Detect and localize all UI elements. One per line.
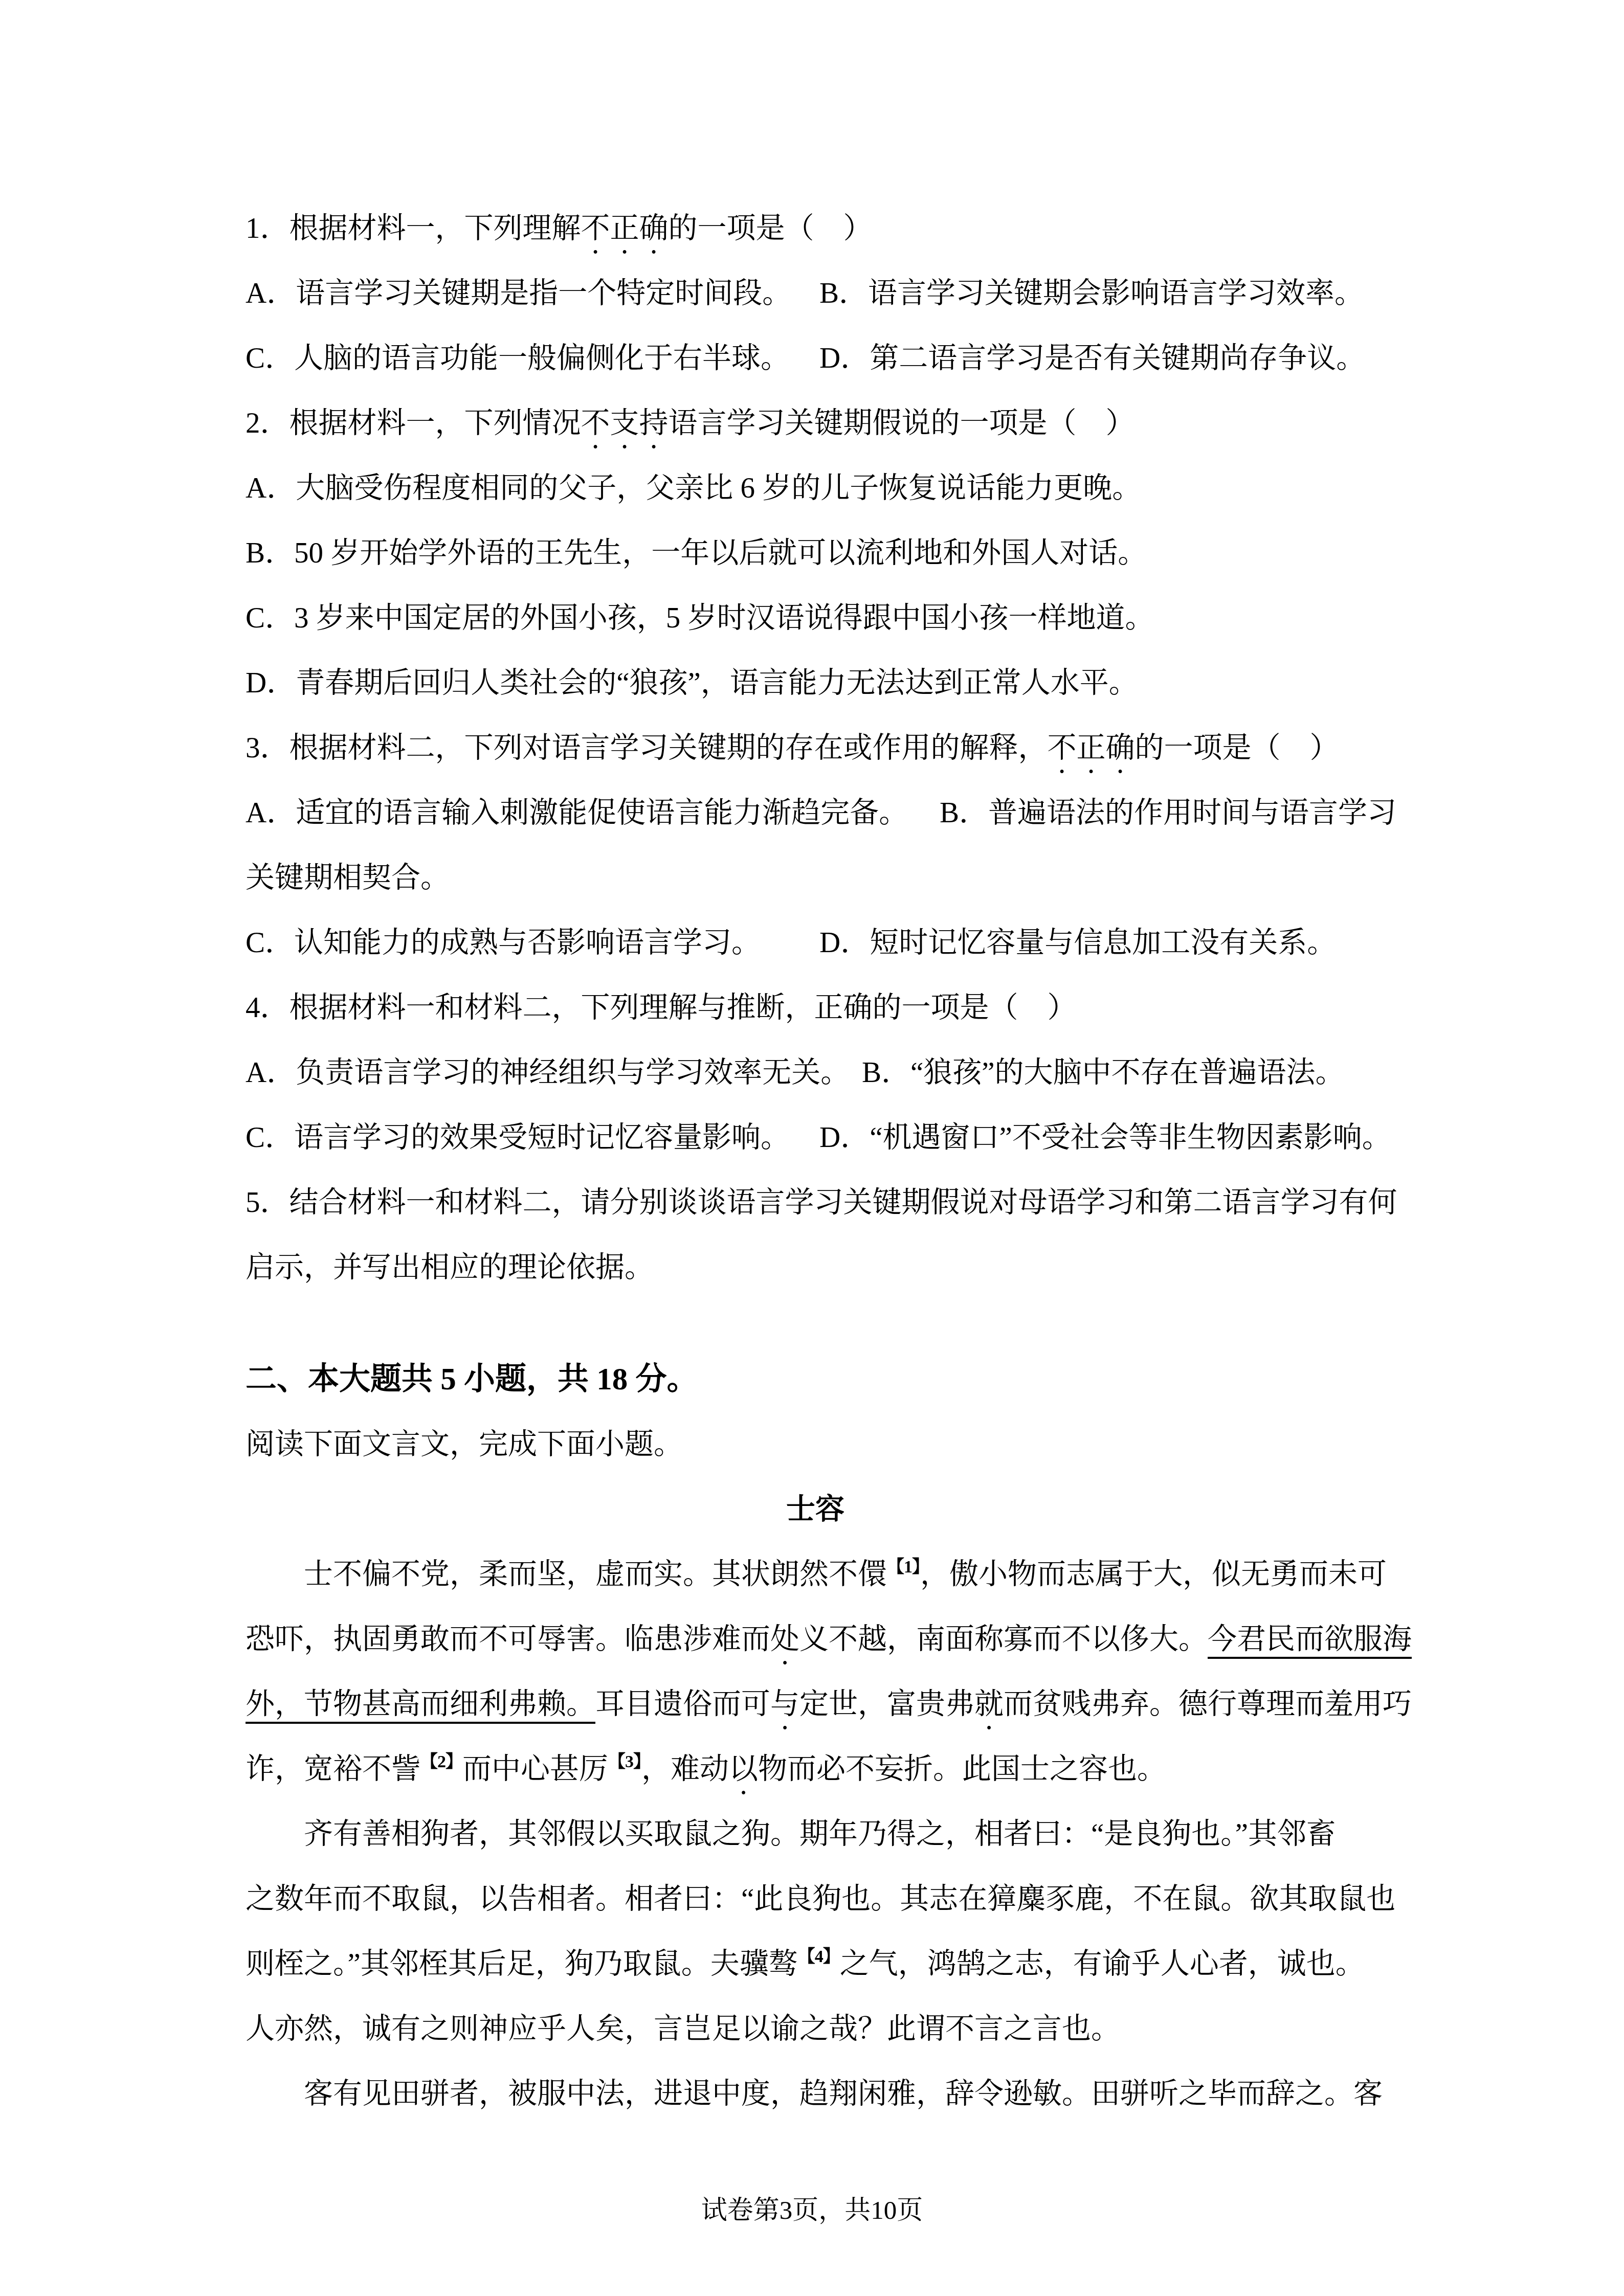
question-5-stem-line-1: 5．结合材料一和材料二，请分别谈谈语言学习关键期假说对母语学习和第二语言学习有何 xyxy=(246,1170,1385,1235)
text-segment: 的一项是（ ） xyxy=(669,212,873,244)
question-3-options-cd-left: C．认知能力的成熟与否影响语言学习。 xyxy=(246,910,819,975)
text-segment: 二、本大题共 5 小题，共 18 分。 xyxy=(246,1362,698,1397)
emphasis-dotted-text: 不正确 xyxy=(1048,732,1135,764)
text-segment: 4．根据材料一和材料二，下列理解与推断，正确的一项是（ ） xyxy=(246,992,1077,1024)
text-segment: C．语言学习的效果受短时记忆容量影响。 xyxy=(246,1121,790,1154)
passage-p2-line-4: 人亦然，诚有之则神应乎人矣，言岂足以谕之哉？此谓不言之言也。 xyxy=(246,1996,1385,2061)
question-2-stem: 2．根据材料一，下列情况不支持语言学习关键期假说的一项是（ ） xyxy=(246,391,1385,456)
question-4-options-cd-left: C．语言学习的效果受短时记忆容量影响。 xyxy=(246,1105,819,1170)
question-1-options-ab-left: A．语言学习关键期是指一个特定时间段。 xyxy=(246,261,819,326)
text-segment: B．“狼孩”的大脑中不存在普遍语法。 xyxy=(862,1056,1345,1089)
text-segment: 的一项是（ ） xyxy=(1135,732,1339,764)
page-body-text: 1．根据材料一，下列理解不正确的一项是（ ）A．语言学习关键期是指一个特定时间段… xyxy=(246,196,1385,2126)
passage-title: 士容 xyxy=(246,1477,1385,1542)
text-segment: 2．根据材料一，下列情况 xyxy=(246,407,581,439)
text-segment: 3．根据材料二，下列对语言学习关键期的存在或作用的解释， xyxy=(246,732,1048,764)
text-segment: A．负责语言学习的神经组织与学习效率无关。 xyxy=(246,1056,850,1089)
passage-instruction: 阅读下面文言文，完成下面小题。 xyxy=(246,1412,1385,1477)
question-4-options-ab: A．负责语言学习的神经组织与学习效率无关。B．“狼孩”的大脑中不存在普遍语法。 xyxy=(246,1040,1385,1105)
text-segment: B．50 岁开始学外语的王先生，一年以后就可以流利地和外国人对话。 xyxy=(246,537,1147,569)
question-5-stem-line-2: 启示，并写出相应的理论依据。 xyxy=(246,1235,1385,1300)
passage-p3-line-1: 客有见田骈者，被服中法，进退中度，趋翔闲雅，辞令逊敏。田骈听之毕而辞之。客 xyxy=(246,2061,1385,2126)
passage-p1-line-3: 外，节物甚高而细利弗赖。耳目遗俗而可与定世，富贵弗就而贫贱弗弃。德行尊理而羞用巧 xyxy=(246,1672,1385,1737)
passage-p2-line-1: 齐有善相狗者，其邻假以买取鼠之狗。期年乃得之，相者曰：“是良狗也。”其邻畜 xyxy=(246,1802,1385,1866)
question-1-options-cd-left: C．人脑的语言功能一般偏侧化于右半球。 xyxy=(246,326,819,391)
text-segment: D．短时记忆容量与信息加工没有关系。 xyxy=(819,927,1336,959)
question-1-options-ab: A．语言学习关键期是指一个特定时间段。B．语言学习关键期会影响语言学习效率。 xyxy=(246,261,1385,326)
question-1-options-cd: C．人脑的语言功能一般偏侧化于右半球。D．第二语言学习是否有关键期尚存争议。 xyxy=(246,326,1385,391)
emphasis-dotted-text: 就 xyxy=(974,1688,1004,1720)
text-segment: D．第二语言学习是否有关键期尚存争议。 xyxy=(819,342,1365,374)
text-segment: 关键期相契合。 xyxy=(246,862,450,894)
footnote-marker: 【1】 xyxy=(887,1558,920,1577)
text-segment: 耳目遗俗而可 xyxy=(595,1688,770,1720)
text-segment: A．语言学习关键期是指一个特定时间段。 xyxy=(246,277,791,309)
exam-page: 1．根据材料一，下列理解不正确的一项是（ ）A．语言学习关键期是指一个特定时间段… xyxy=(0,0,1624,2296)
footnote-marker: 【4】 xyxy=(798,1947,840,1966)
question-3-options-ab-right: B．普遍语法的作用时间与语言学习 xyxy=(940,797,1396,829)
question-1-stem: 1．根据材料一，下列理解不正确的一项是（ ） xyxy=(246,196,1385,261)
passage-p2-line-2: 之数年而不取鼠，以告相者。相者曰：“此良狗也。其志在獐麋豕鹿，不在鼠。欲其取鼠也 xyxy=(246,1866,1385,1931)
text-segment: 1．根据材料一，下列理解 xyxy=(246,212,581,244)
text-segment: 客有见田骈者，被服中法，进退中度，趋翔闲雅，辞令逊敏。田骈听之毕而辞之。客 xyxy=(246,2078,1383,2110)
question-2-option-a: A．大脑受伤程度相同的父子，父亲比 6 岁的儿子恢复说话能力更晚。 xyxy=(246,456,1385,521)
question-3-options-cd-right: D．短时记忆容量与信息加工没有关系。 xyxy=(819,927,1336,959)
text-segment: 齐有善相狗者，其邻假以买取鼠之狗。期年乃得之，相者曰：“是良狗也。”其邻畜 xyxy=(246,1818,1336,1850)
text-segment: B．语言学习关键期会影响语言学习效率。 xyxy=(819,277,1364,309)
underlined-text: 外，节物甚高而细利弗赖。 xyxy=(246,1688,595,1720)
text-segment: ，傲小物而志属于大，似无勇而未可 xyxy=(920,1558,1387,1590)
passage-p2-line-3: 则桎之。”其邻桎其后足，狗乃取鼠。夫骥骜【4】之气，鸿鹄之志，有谕乎人心者，诚也… xyxy=(246,1931,1385,1996)
text-segment: ，难动 xyxy=(641,1753,729,1785)
question-4-options-cd: C．语言学习的效果受短时记忆容量影响。D．“机遇窗口”不受社会等非生物因素影响。 xyxy=(246,1105,1385,1170)
question-2-option-d: D．青春期后回归人类社会的“狼孩”，语言能力无法达到正常人水平。 xyxy=(246,650,1385,715)
text-segment: 士不偏不党，柔而坚，虚而实。其状朗然不儇 xyxy=(246,1558,887,1590)
emphasis-dotted-text: 不正确 xyxy=(581,212,669,244)
text-segment: 语言学习关键期假说的一项是（ ） xyxy=(669,407,1135,439)
text-segment: B．普遍语法的作用时间与语言学习 xyxy=(940,797,1396,829)
text-segment: D．“机遇窗口”不受社会等非生物因素影响。 xyxy=(819,1121,1391,1154)
footnote-marker: 【2】 xyxy=(420,1752,462,1771)
text-segment: C．人脑的语言功能一般偏侧化于右半球。 xyxy=(246,342,790,374)
text-segment: 义不越，南面称寡而不以侈大。 xyxy=(799,1623,1208,1655)
question-3-option-b-wrap: 关键期相契合。 xyxy=(246,845,1385,910)
text-segment: D．青春期后回归人类社会的“狼孩”，语言能力无法达到正常人水平。 xyxy=(246,667,1138,699)
question-3-options-ab: A．适宜的语言输入刺激能促使语言能力渐趋完备。B．普遍语法的作用时间与语言学习 xyxy=(246,780,1385,845)
section-2-heading: 二、本大题共 5 小题，共 18 分。 xyxy=(246,1347,1385,1412)
question-4-stem: 4．根据材料一和材料二，下列理解与推断，正确的一项是（ ） xyxy=(246,975,1385,1040)
emphasis-dotted-text: 以 xyxy=(729,1753,758,1785)
question-3-stem: 3．根据材料二，下列对语言学习关键期的存在或作用的解释，不正确的一项是（ ） xyxy=(246,715,1385,780)
text-segment: A．大脑受伤程度相同的父子，父亲比 6 岁的儿子恢复说话能力更晚。 xyxy=(246,472,1141,504)
passage-p1-line-1: 士不偏不党，柔而坚，虚而实。其状朗然不儇【1】，傲小物而志属于大，似无勇而未可 xyxy=(246,1542,1385,1607)
question-1-options-ab-right: B．语言学习关键期会影响语言学习效率。 xyxy=(819,277,1364,309)
question-4-options-ab-right: B．“狼孩”的大脑中不存在普遍语法。 xyxy=(862,1056,1345,1089)
text-segment: 诈，宽裕不訾 xyxy=(246,1753,420,1785)
question-4-options-ab-left: A．负责语言学习的神经组织与学习效率无关。 xyxy=(246,1040,862,1105)
text-segment: 而贫贱弗弃。德行尊理而羞用巧 xyxy=(1004,1688,1412,1720)
page-footer: 试卷第3页，共10页 xyxy=(0,2190,1624,2231)
text-segment: 人亦然，诚有之则神应乎人矣，言岂足以谕之哉？此谓不言之言也。 xyxy=(246,2013,1120,2045)
text-segment: 5．结合材料一和材料二，请分别谈谈语言学习关键期假说对母语学习和第二语言学习有何 xyxy=(246,1186,1397,1219)
footnote-marker: 【3】 xyxy=(608,1752,641,1771)
text-segment: 之气，鸿鹄之志，有谕乎人心者，诚也。 xyxy=(840,1948,1365,1980)
passage-p1-line-2: 恐吓，执固勇敢而不可辱害。临患涉难而处义不越，南面称寡而不以侈大。今君民而欲服海 xyxy=(246,1607,1385,1672)
text-segment: C．认知能力的成熟与否影响语言学习。 xyxy=(246,927,761,959)
text-segment: 而中心甚厉 xyxy=(462,1753,608,1785)
text-segment: 恐吓，执固勇敢而不可辱害。临患涉难而 xyxy=(246,1623,770,1655)
underlined-text: 今君民而欲服海 xyxy=(1208,1623,1412,1655)
text-segment: 士容 xyxy=(786,1493,844,1525)
question-1-options-cd-right: D．第二语言学习是否有关键期尚存争议。 xyxy=(819,342,1365,374)
question-2-option-b: B．50 岁开始学外语的王先生，一年以后就可以流利地和外国人对话。 xyxy=(246,521,1385,586)
text-segment: 则桎之。”其邻桎其后足，狗乃取鼠。夫骥骜 xyxy=(246,1948,798,1980)
text-segment: 阅读下面文言文，完成下面小题。 xyxy=(246,1428,683,1460)
text-segment: 启示，并写出相应的理论依据。 xyxy=(246,1251,654,1284)
question-3-options-ab-left: A．适宜的语言输入刺激能促使语言能力渐趋完备。 xyxy=(246,780,940,845)
question-4-options-cd-right: D．“机遇窗口”不受社会等非生物因素影响。 xyxy=(819,1121,1391,1154)
text-segment: C．3 岁来中国定居的外国小孩，5 岁时汉语说得跟中国小孩一样地道。 xyxy=(246,602,1154,634)
text-segment: 之数年而不取鼠，以告相者。相者曰：“此良狗也。其志在獐麋豕鹿，不在鼠。欲其取鼠也 xyxy=(246,1883,1395,1915)
text-segment: 定世，富贵弗 xyxy=(799,1688,974,1720)
text-segment: A．适宜的语言输入刺激能促使语言能力渐趋完备。 xyxy=(246,797,908,829)
passage-p1-line-4: 诈，宽裕不訾【2】而中心甚厉【3】，难动以物而必不妄折。此国士之容也。 xyxy=(246,1737,1385,1802)
question-2-option-c: C．3 岁来中国定居的外国小孩，5 岁时汉语说得跟中国小孩一样地道。 xyxy=(246,586,1385,650)
emphasis-dotted-text: 不支持 xyxy=(581,407,669,439)
text-segment: 物而必不妄折。此国士之容也。 xyxy=(758,1753,1166,1785)
emphasis-dotted-text: 处 xyxy=(770,1623,799,1655)
emphasis-dotted-text: 与 xyxy=(770,1688,799,1720)
question-3-options-cd: C．认知能力的成熟与否影响语言学习。D．短时记忆容量与信息加工没有关系。 xyxy=(246,910,1385,975)
